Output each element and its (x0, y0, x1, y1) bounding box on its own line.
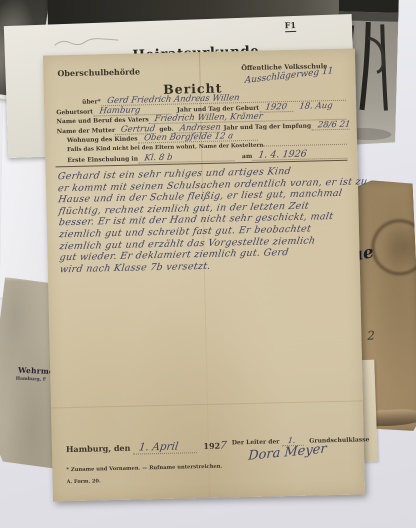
envelope-stamp-text: Wehrme (18, 366, 54, 376)
mutter-label: Name der Mutter (57, 126, 116, 134)
datum-field: 1. April (133, 440, 197, 454)
geb-label: geb. (159, 125, 173, 132)
jahr-print: 192 (203, 441, 220, 451)
school-report-document: Oberschulbehörde Öffentliche Volksschule… (43, 49, 365, 502)
handwritten-report-body: Gerhard ist ein sehr ruhiges und artiges… (58, 165, 354, 276)
einschulung-datum-value: 1. 4. 1926 (258, 151, 307, 159)
vater-value: Friedrich Willen, Krämer (154, 114, 263, 123)
postmark-circle (370, 218, 416, 276)
am-label: am (242, 153, 252, 160)
envelope-stamp-subtext: Hamburg, F (16, 377, 46, 383)
geburtsort-value: Hamburg (99, 107, 141, 115)
geburt-jahr-field: 1920 (259, 103, 293, 112)
wohnung-value: Oben Borgfelde 12 a (143, 133, 233, 142)
jahr-handwritten: 7 (219, 440, 227, 452)
einschulung-label: Erste Einschulung in (67, 155, 138, 164)
datum-value: 1. April (138, 441, 179, 454)
leiter-label: Der Leiter der (232, 438, 280, 446)
geburt-tag-value: 18. Aug (299, 103, 333, 111)
date-line: Hamburg, den 1. April 1927 (66, 440, 227, 457)
form-reference: A. Form. 20. (67, 478, 101, 485)
photographed-documents-scene: F1 Heiratsurkunde Wehrme Hamburg, F rue … (0, 0, 416, 528)
file-label: F1 (285, 20, 297, 32)
geburt-jahr-value: 1920 (265, 104, 288, 112)
authority-heading: Oberschulbehörde (57, 66, 140, 78)
footnote: * Zuname und Vornamen. — Rufname unterst… (66, 464, 222, 474)
impfung-label: Jahr und Tag der Impfung (224, 122, 312, 131)
ort-label: Hamburg, den (66, 443, 131, 454)
envelope-number: 2 (367, 328, 375, 342)
kosteltern-field-blank (263, 143, 347, 146)
geburt-tag-field: 18. Aug (293, 103, 332, 111)
impfung-value: 28/6 21 (317, 121, 351, 129)
einschulung-klasse-value: Kl. 8 b (144, 155, 173, 163)
impfung-field: 28/6 21 (311, 121, 350, 130)
child-name-value: Gerd Friedrich Andreas Willen (106, 95, 239, 105)
ueber-label: über* (82, 98, 101, 105)
wohnung-label: Wohnung des Kindes (67, 135, 138, 144)
geburtsort-label: Geburtsort (56, 108, 93, 116)
